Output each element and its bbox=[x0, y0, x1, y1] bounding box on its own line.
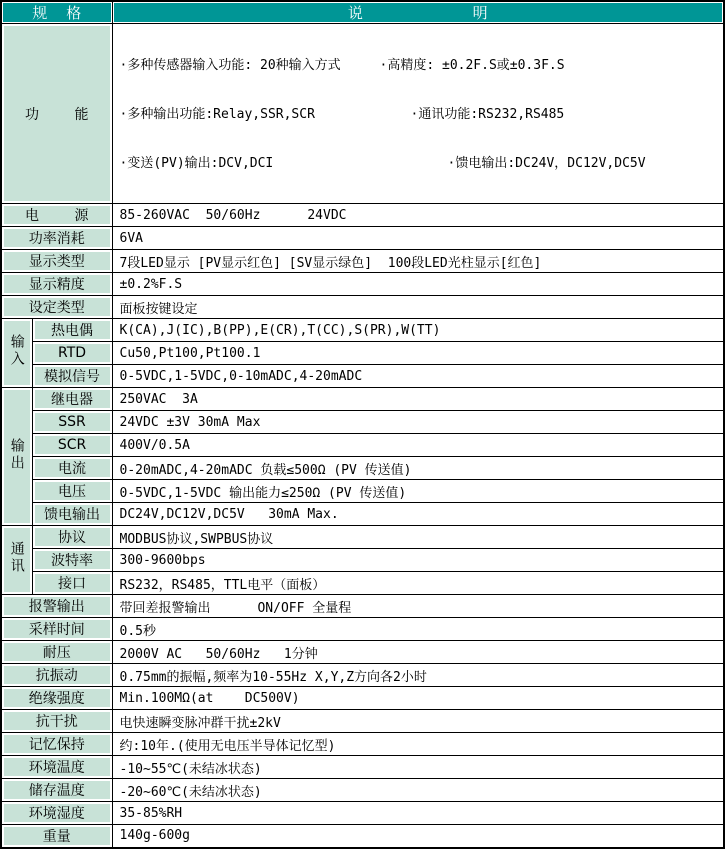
value-cell: 0-20mADC,4-20mADC 负载≤500Ω (PV 传送值) bbox=[112, 457, 724, 480]
row-interference-resistance: 抗干扰 电快速瞬变脉冲群干扰±2kV bbox=[1, 710, 724, 733]
value-cell: 35-85%RH bbox=[112, 802, 724, 825]
row-comm-protocol: 通讯 协议 MODBUS协议,SWPBUS协议 bbox=[1, 526, 724, 549]
value-cell: 约:10年.(使用无电压半导体记忆型) bbox=[112, 733, 724, 756]
row-output-scr: SCR 400V/0.5A bbox=[1, 434, 724, 457]
spec-label-cell: 储存温度 bbox=[1, 779, 112, 802]
row-power-supply: 电 源 85-260VAC 50/60Hz 24VDC bbox=[1, 204, 724, 227]
spec-label-cell: 绝缘强度 bbox=[1, 687, 112, 710]
function-line-1-left: ·多种传感器输入功能: 20种输入方式 bbox=[120, 58, 341, 73]
function-line-3: ·变送(PV)输出:DCV,DCI·馈电输出:DC24V，DC12V,DC5V bbox=[120, 154, 723, 173]
header-desc-cell: 说 明 bbox=[112, 1, 724, 24]
spec-label-cell: 抗振动 bbox=[1, 664, 112, 687]
value-cell: 0.5秒 bbox=[112, 618, 724, 641]
row-storage-temperature: 储存温度 -20~60℃(未结冰状态) bbox=[1, 779, 724, 802]
spec-label-cell: 电 源 bbox=[1, 204, 112, 227]
value-cell: 400V/0.5A bbox=[112, 434, 724, 457]
row-output-voltage: 电压 0-5VDC,1-5VDC 输出能力≤250Ω (PV 传送值) bbox=[1, 480, 724, 503]
value-cell: 24VDC ±3V 30mA Max bbox=[112, 411, 724, 434]
value-cell: 7段LED显示 [PV显示红色] [SV显示绿色] 100段LED光柱显示[红色… bbox=[112, 250, 724, 273]
sub-label-cell: 模拟信号 bbox=[32, 365, 112, 388]
value-cell: 300-9600bps bbox=[112, 549, 724, 572]
row-output-ssr: SSR 24VDC ±3V 30mA Max bbox=[1, 411, 724, 434]
row-input-analog: 模拟信号 0-5VDC,1-5VDC,0-10mADC,4-20mADC bbox=[1, 365, 724, 388]
function-line-1-right: ·高精度: ±0.2F.S或±0.3F.S bbox=[380, 56, 565, 75]
function-value-cell: ·多种传感器输入功能: 20种输入方式·高精度: ±0.2F.S或±0.3F.S… bbox=[112, 24, 724, 204]
spec-label-cell: 环境温度 bbox=[1, 756, 112, 779]
row-input-thermocouple: 输入 热电偶 K(CA),J(IC),B(PP),E(CR),T(CC),S(P… bbox=[1, 319, 724, 342]
header-spec-cell: 规 格 bbox=[1, 1, 112, 24]
value-cell: 0-5VDC,1-5VDC,0-10mADC,4-20mADC bbox=[112, 365, 724, 388]
row-comm-interface: 接口 RS232，RS485，TTL电平（面板） bbox=[1, 572, 724, 595]
value-cell: Cu50,Pt100,Pt100.1 bbox=[112, 342, 724, 365]
group-label-comm: 通讯 bbox=[1, 526, 32, 595]
spec-label-cell: 记忆保持 bbox=[1, 733, 112, 756]
spec-label-cell: 显示类型 bbox=[1, 250, 112, 273]
group-label-input: 输入 bbox=[1, 319, 32, 388]
row-insulation-strength: 绝缘强度 Min.100MΩ(at DC500V) bbox=[1, 687, 724, 710]
value-cell: -20~60℃(未结冰状态) bbox=[112, 779, 724, 802]
sub-label-cell: 继电器 bbox=[32, 388, 112, 411]
spec-label-cell: 报警输出 bbox=[1, 595, 112, 618]
value-cell: DC24V,DC12V,DC5V 30mA Max. bbox=[112, 503, 724, 526]
sub-label-cell: SSR bbox=[32, 411, 112, 434]
value-cell: MODBUS协议,SWPBUS协议 bbox=[112, 526, 724, 549]
value-cell: 85-260VAC 50/60Hz 24VDC bbox=[112, 204, 724, 227]
value-cell: 2000V AC 50/60Hz 1分钟 bbox=[112, 641, 724, 664]
value-cell: 250VAC 3A bbox=[112, 388, 724, 411]
vertical-label-comm: 通讯 bbox=[10, 541, 24, 575]
value-cell: 6VA bbox=[112, 227, 724, 250]
value-cell: -10~55℃(未结冰状态) bbox=[112, 756, 724, 779]
row-output-current: 电流 0-20mADC,4-20mADC 负载≤500Ω (PV 传送值) bbox=[1, 457, 724, 480]
row-input-rtd: RTD Cu50,Pt100,Pt100.1 bbox=[1, 342, 724, 365]
row-output-relay: 输出 继电器 250VAC 3A bbox=[1, 388, 724, 411]
row-function: 功 能 ·多种传感器输入功能: 20种输入方式·高精度: ±0.2F.S或±0.… bbox=[1, 24, 724, 204]
specification-table: 规 格 说 明 功 能 ·多种传感器输入功能: 20种输入方式·高精度: ±0.… bbox=[0, 0, 725, 849]
sub-label-cell: 接口 bbox=[32, 572, 112, 595]
value-cell: 带回差报警输出 ON/OFF 全量程 bbox=[112, 595, 724, 618]
function-line-3-right: ·馈电输出:DC24V，DC12V,DC5V bbox=[448, 154, 646, 173]
function-label-cell: 功 能 bbox=[1, 24, 112, 204]
header-row: 规 格 说 明 bbox=[1, 1, 724, 24]
function-line-2-right: ·通讯功能:RS232,RS485 bbox=[411, 105, 565, 124]
spec-label-cell: 环境湿度 bbox=[1, 802, 112, 825]
row-sampling-time: 采样时间 0.5秒 bbox=[1, 618, 724, 641]
spec-label-cell: 功率消耗 bbox=[1, 227, 112, 250]
value-cell: RS232，RS485，TTL电平（面板） bbox=[112, 572, 724, 595]
row-comm-baud: 波特率 300-9600bps bbox=[1, 549, 724, 572]
row-ambient-temperature: 环境温度 -10~55℃(未结冰状态) bbox=[1, 756, 724, 779]
sub-label-cell: RTD bbox=[32, 342, 112, 365]
value-cell: 0-5VDC,1-5VDC 输出能力≤250Ω (PV 传送值) bbox=[112, 480, 724, 503]
row-vibration-resistance: 抗振动 0.75mm的振幅,频率为10-55Hz X,Y,Z方向各2小时 bbox=[1, 664, 724, 687]
vertical-label-input: 输入 bbox=[10, 334, 24, 368]
value-cell: 140g-600g bbox=[112, 825, 724, 848]
spec-label-cell: 重量 bbox=[1, 825, 112, 848]
row-display-accuracy: 显示精度 ±0.2%F.S bbox=[1, 273, 724, 296]
row-power-consumption: 功率消耗 6VA bbox=[1, 227, 724, 250]
function-line-1: ·多种传感器输入功能: 20种输入方式·高精度: ±0.2F.S或±0.3F.S bbox=[120, 56, 723, 75]
sub-label-cell: 热电偶 bbox=[32, 319, 112, 342]
sub-label-cell: 协议 bbox=[32, 526, 112, 549]
spec-label-cell: 显示精度 bbox=[1, 273, 112, 296]
sub-label-cell: 电压 bbox=[32, 480, 112, 503]
row-setting-type: 设定类型 面板按键设定 bbox=[1, 296, 724, 319]
value-cell: Min.100MΩ(at DC500V) bbox=[112, 687, 724, 710]
function-line-2-left: ·多种输出功能:Relay,SSR,SCR bbox=[120, 107, 315, 122]
group-label-output: 输出 bbox=[1, 388, 32, 526]
function-line-3-left: ·变送(PV)输出:DCV,DCI bbox=[120, 156, 274, 171]
row-alarm-output: 报警输出 带回差报警输出 ON/OFF 全量程 bbox=[1, 595, 724, 618]
value-cell: ±0.2%F.S bbox=[112, 273, 724, 296]
row-ambient-humidity: 环境湿度 35-85%RH bbox=[1, 802, 724, 825]
sub-label-cell: 电流 bbox=[32, 457, 112, 480]
value-cell: 电快速瞬变脉冲群干扰±2kV bbox=[112, 710, 724, 733]
sub-label-cell: 馈电输出 bbox=[32, 503, 112, 526]
vertical-label-output: 输出 bbox=[10, 438, 24, 472]
spec-label-cell: 设定类型 bbox=[1, 296, 112, 319]
row-withstand-voltage: 耐压 2000V AC 50/60Hz 1分钟 bbox=[1, 641, 724, 664]
spec-label-cell: 耐压 bbox=[1, 641, 112, 664]
row-weight: 重量 140g-600g bbox=[1, 825, 724, 848]
sub-label-cell: 波特率 bbox=[32, 549, 112, 572]
spec-label-cell: 抗干扰 bbox=[1, 710, 112, 733]
row-memory-retention: 记忆保持 约:10年.(使用无电压半导体记忆型) bbox=[1, 733, 724, 756]
sub-label-cell: SCR bbox=[32, 434, 112, 457]
value-cell: 面板按键设定 bbox=[112, 296, 724, 319]
spec-label-cell: 采样时间 bbox=[1, 618, 112, 641]
row-display-type: 显示类型 7段LED显示 [PV显示红色] [SV显示绿色] 100段LED光柱… bbox=[1, 250, 724, 273]
function-line-2: ·多种输出功能:Relay,SSR,SCR·通讯功能:RS232,RS485 bbox=[120, 105, 723, 124]
value-cell: K(CA),J(IC),B(PP),E(CR),T(CC),S(PR),W(TT… bbox=[112, 319, 724, 342]
row-output-feed: 馈电输出 DC24V,DC12V,DC5V 30mA Max. bbox=[1, 503, 724, 526]
value-cell: 0.75mm的振幅,频率为10-55Hz X,Y,Z方向各2小时 bbox=[112, 664, 724, 687]
